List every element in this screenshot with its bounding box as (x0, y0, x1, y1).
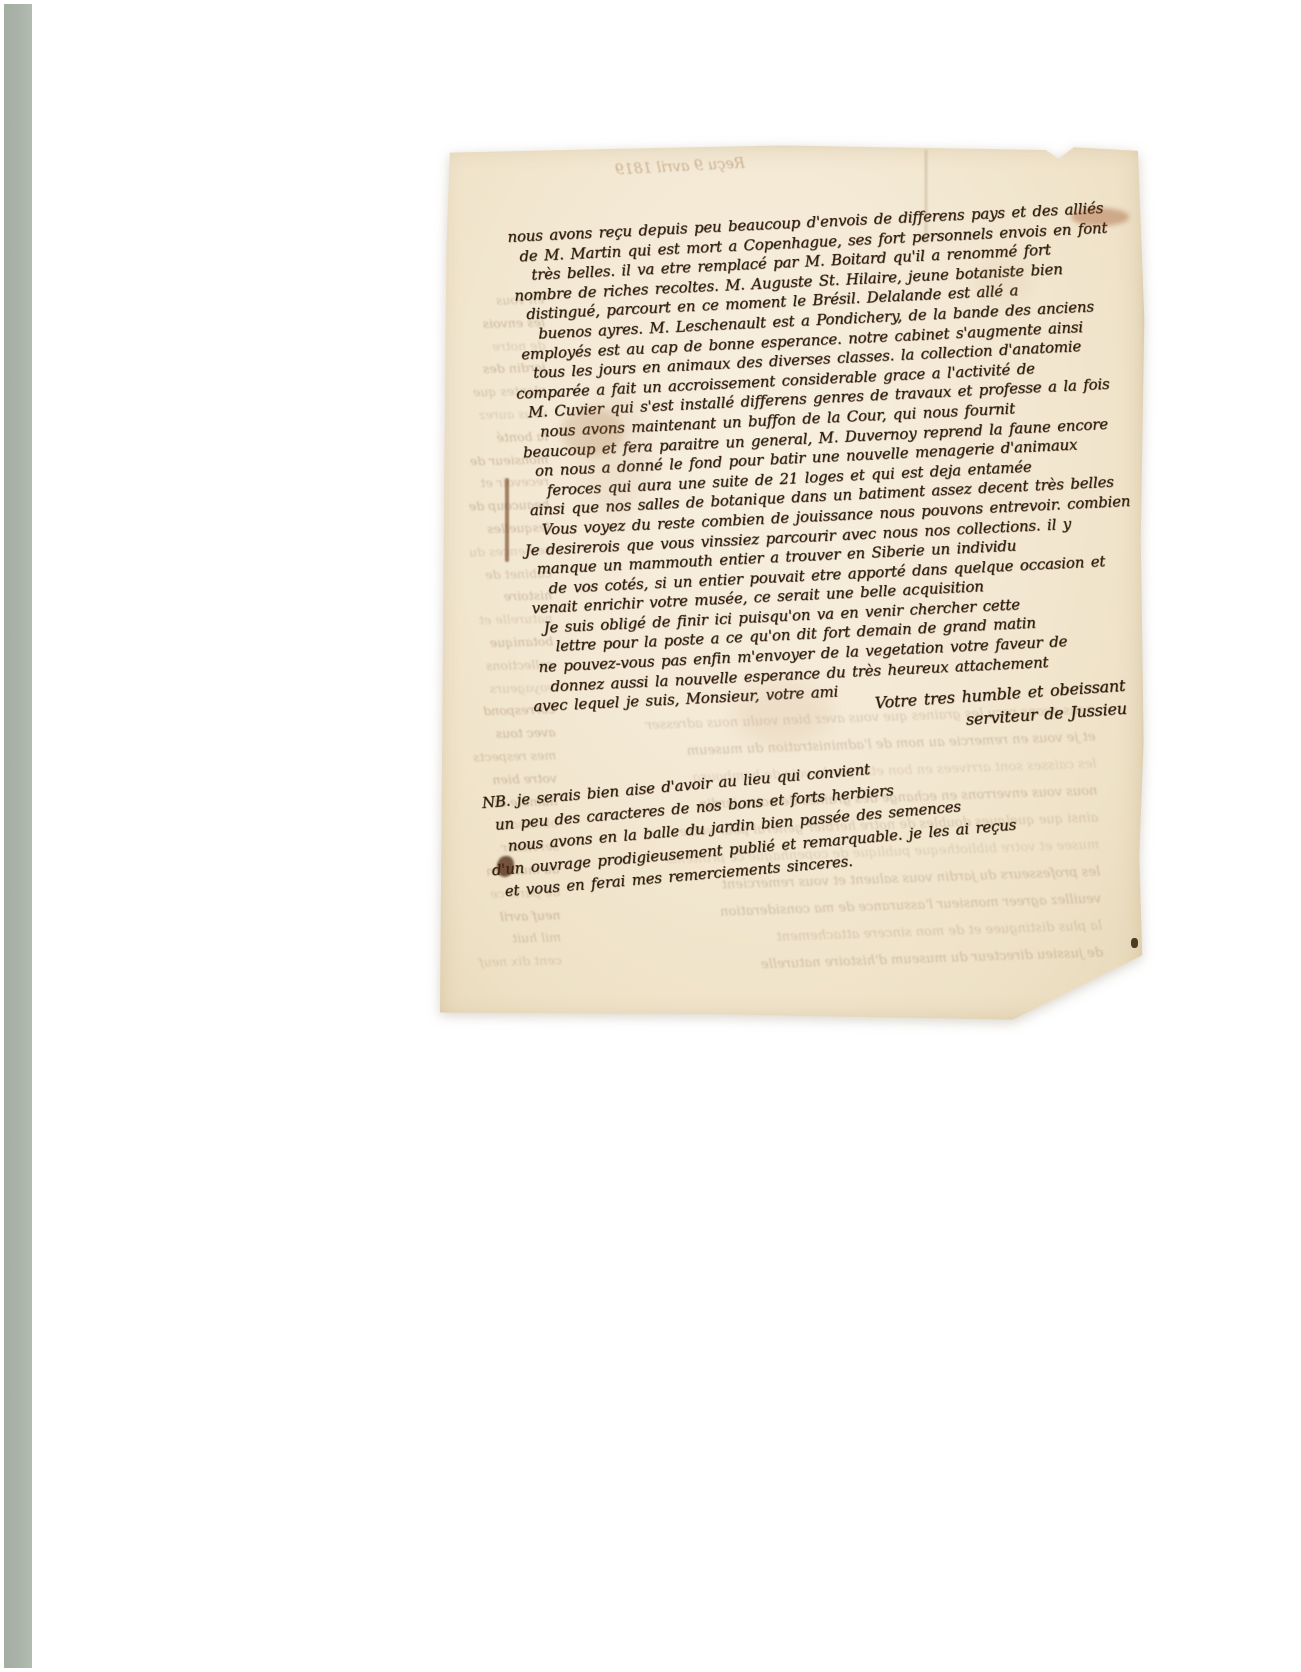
photo-canvas: en vousles envoisde notrejardin desplant… (0, 0, 1301, 1672)
text-line: de jussieu directeur du museum d'histoir… (503, 939, 1104, 987)
date-inscription: Reçu 9 avril 1819 (505, 156, 746, 185)
manuscript-letter-wrap: en vousles envoisde notrejardin desplant… (435, 142, 1145, 1024)
edge-ink-speck (1131, 938, 1138, 948)
manuscript-letter: en vousles envoisde notrejardin desplant… (435, 142, 1145, 1024)
text-line: la plus distinguee et de mon sincere att… (502, 912, 1103, 960)
letter-postscript: NB. je serais bien aise d'avoir au lieu … (481, 742, 1059, 904)
text-line: cent dix neuf (445, 949, 562, 975)
edge-ink-speck (1133, 962, 1139, 975)
text-line: avec tous (439, 722, 556, 748)
left-accent-bar (4, 4, 32, 1668)
letter-body: nous avons reçu depuis peu beaucoup d'en… (507, 199, 1130, 718)
ink-drip-stain (505, 478, 509, 562)
text-line: neuf avril (444, 904, 561, 930)
text-line: mil huit (445, 927, 562, 953)
text-line: mes respects (440, 744, 557, 770)
